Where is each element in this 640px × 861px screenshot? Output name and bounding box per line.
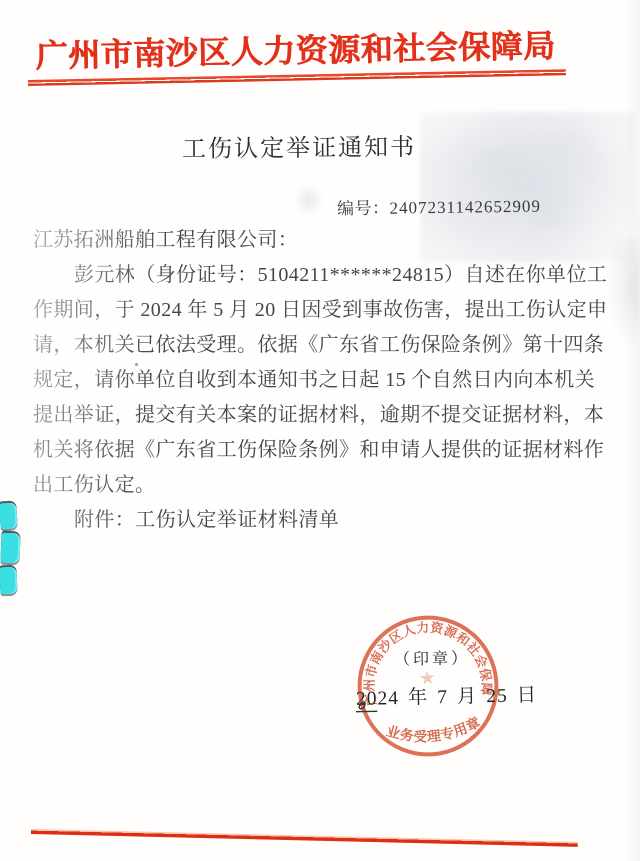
issue-date: 2024 年 7 月 25 日: [356, 679, 538, 711]
scanned-notice-page: 广州市南沙区人力资源和社会保障局 工伤认定举证通知书 编号：2407231142…: [0, 0, 640, 861]
body-line: 机关将依据《广东省工伤保险条例》和申请人提供的证据材料作: [33, 433, 617, 468]
attachment-line: 附件：工伤认定举证材料清单: [33, 503, 617, 538]
body-line: 请，本机关已依法受理。依据《广东省工伤保险条例》第十四条: [33, 328, 617, 363]
binding-tab: [0, 533, 20, 564]
document-number-value: 2407231142652909: [389, 197, 541, 218]
body-line: 出工伤认定。: [33, 468, 617, 503]
document-number-label: 编号：: [337, 199, 390, 219]
document-number: 编号：2407231142652909: [337, 192, 541, 220]
seal-placeholder-note: （印章）: [394, 645, 470, 669]
bleed-through-smudge: [294, 182, 324, 218]
body-line: 作期间，于 2024 年 5 月 20 日因受到事故伤害，提出工伤认定申: [33, 293, 617, 328]
body-line: 规定，请你单位自收到本通知书之日起 15 个自然日内向本机关: [33, 363, 617, 398]
document-title: 工伤认定举证通知书: [182, 127, 416, 164]
body-line: 提出举证，提交有关本案的证据材料，逾期不提交证据材料，本: [33, 398, 617, 433]
ink-speck: [135, 363, 138, 366]
notice-body: 江苏拓洲船舶工程有限公司： 彭元林（身份证号：5104211******2481…: [33, 223, 617, 538]
binding-tab: [0, 567, 17, 595]
pen-scribble: [355, 698, 383, 719]
addressee-line: 江苏拓洲船舶工程有限公司：: [33, 223, 617, 258]
binding-tab: [0, 503, 18, 530]
letterhead-agency-name: 广州市南沙区人力资源和社会保障局: [35, 20, 566, 77]
body-line: 彭元林（身份证号：5104211******24815）自述在你单位工: [33, 258, 617, 293]
footer-rule: [31, 829, 578, 846]
